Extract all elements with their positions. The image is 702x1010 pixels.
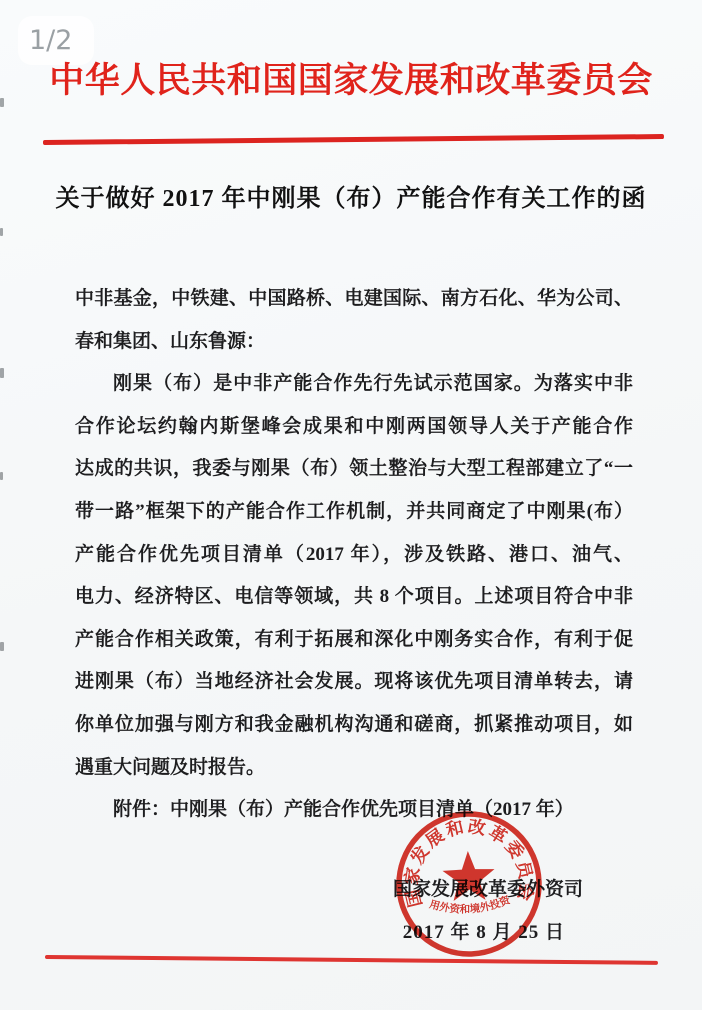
document-title: 关于做好 2017 年中刚果（布）产能合作有关工作的函 xyxy=(0,182,702,216)
letterhead-org-title: 中华人民共和国国家发展和改革委员会 xyxy=(0,57,702,105)
body-line: 电力、经济特区、电信等领域，共 8 个项目。上述项目符合中非 xyxy=(75,576,633,619)
body-line: 遇重大问题及时报告。 xyxy=(75,747,633,790)
body-line: 刚果（布）是中非产能合作先行先试示范国家。为落实中非 xyxy=(75,363,633,406)
official-seal: 国家发展和改革委员会 利用外资和境外投资司 xyxy=(389,806,548,961)
body-line: 带一路”框架下的产能合作工作机制，并共同商定了中刚果(布） xyxy=(75,491,633,534)
body-line: 你单位加强与刚方和我金融机构沟通和磋商，抓紧推动项目，如 xyxy=(75,704,633,747)
attachment-line: 附件：中刚果（布）产能合作优先项目清单（2017 年） xyxy=(75,789,633,832)
body-line: 达成的共识，我委与刚果（布）领土整治与大型工程部建立了“一 xyxy=(75,448,633,491)
body-line: 进刚果（布）当地经济社会发展。现将该优先项目清单转去，请 xyxy=(75,661,633,704)
recipient-line: 春和集团、山东鲁源： xyxy=(75,321,633,364)
body-line: 产能合作优先项目清单（2017 年），涉及铁路、港口、油气、 xyxy=(75,534,633,577)
scanned-letter-page: { "viewer": { "page_indicator": "1/2" },… xyxy=(0,0,702,1010)
body-line: 产能合作相关政策，有利于拓展和深化中刚务实合作，有利于促 xyxy=(75,619,633,662)
page-indicator: 1/2 xyxy=(29,25,72,56)
footer-rule xyxy=(45,955,658,965)
letterhead-rule xyxy=(43,134,664,145)
letter-body: 中非基金，中铁建、中国路桥、电建国际、南方石化、华为公司、 春和集团、山东鲁源：… xyxy=(75,278,633,832)
star-icon xyxy=(442,850,496,901)
body-line: 合作论坛约翰内斯堡峰会成果和中刚两国领导人关于产能合作 xyxy=(75,406,633,449)
recipient-line: 中非基金，中铁建、中国路桥、电建国际、南方石化、华为公司、 xyxy=(75,278,633,321)
